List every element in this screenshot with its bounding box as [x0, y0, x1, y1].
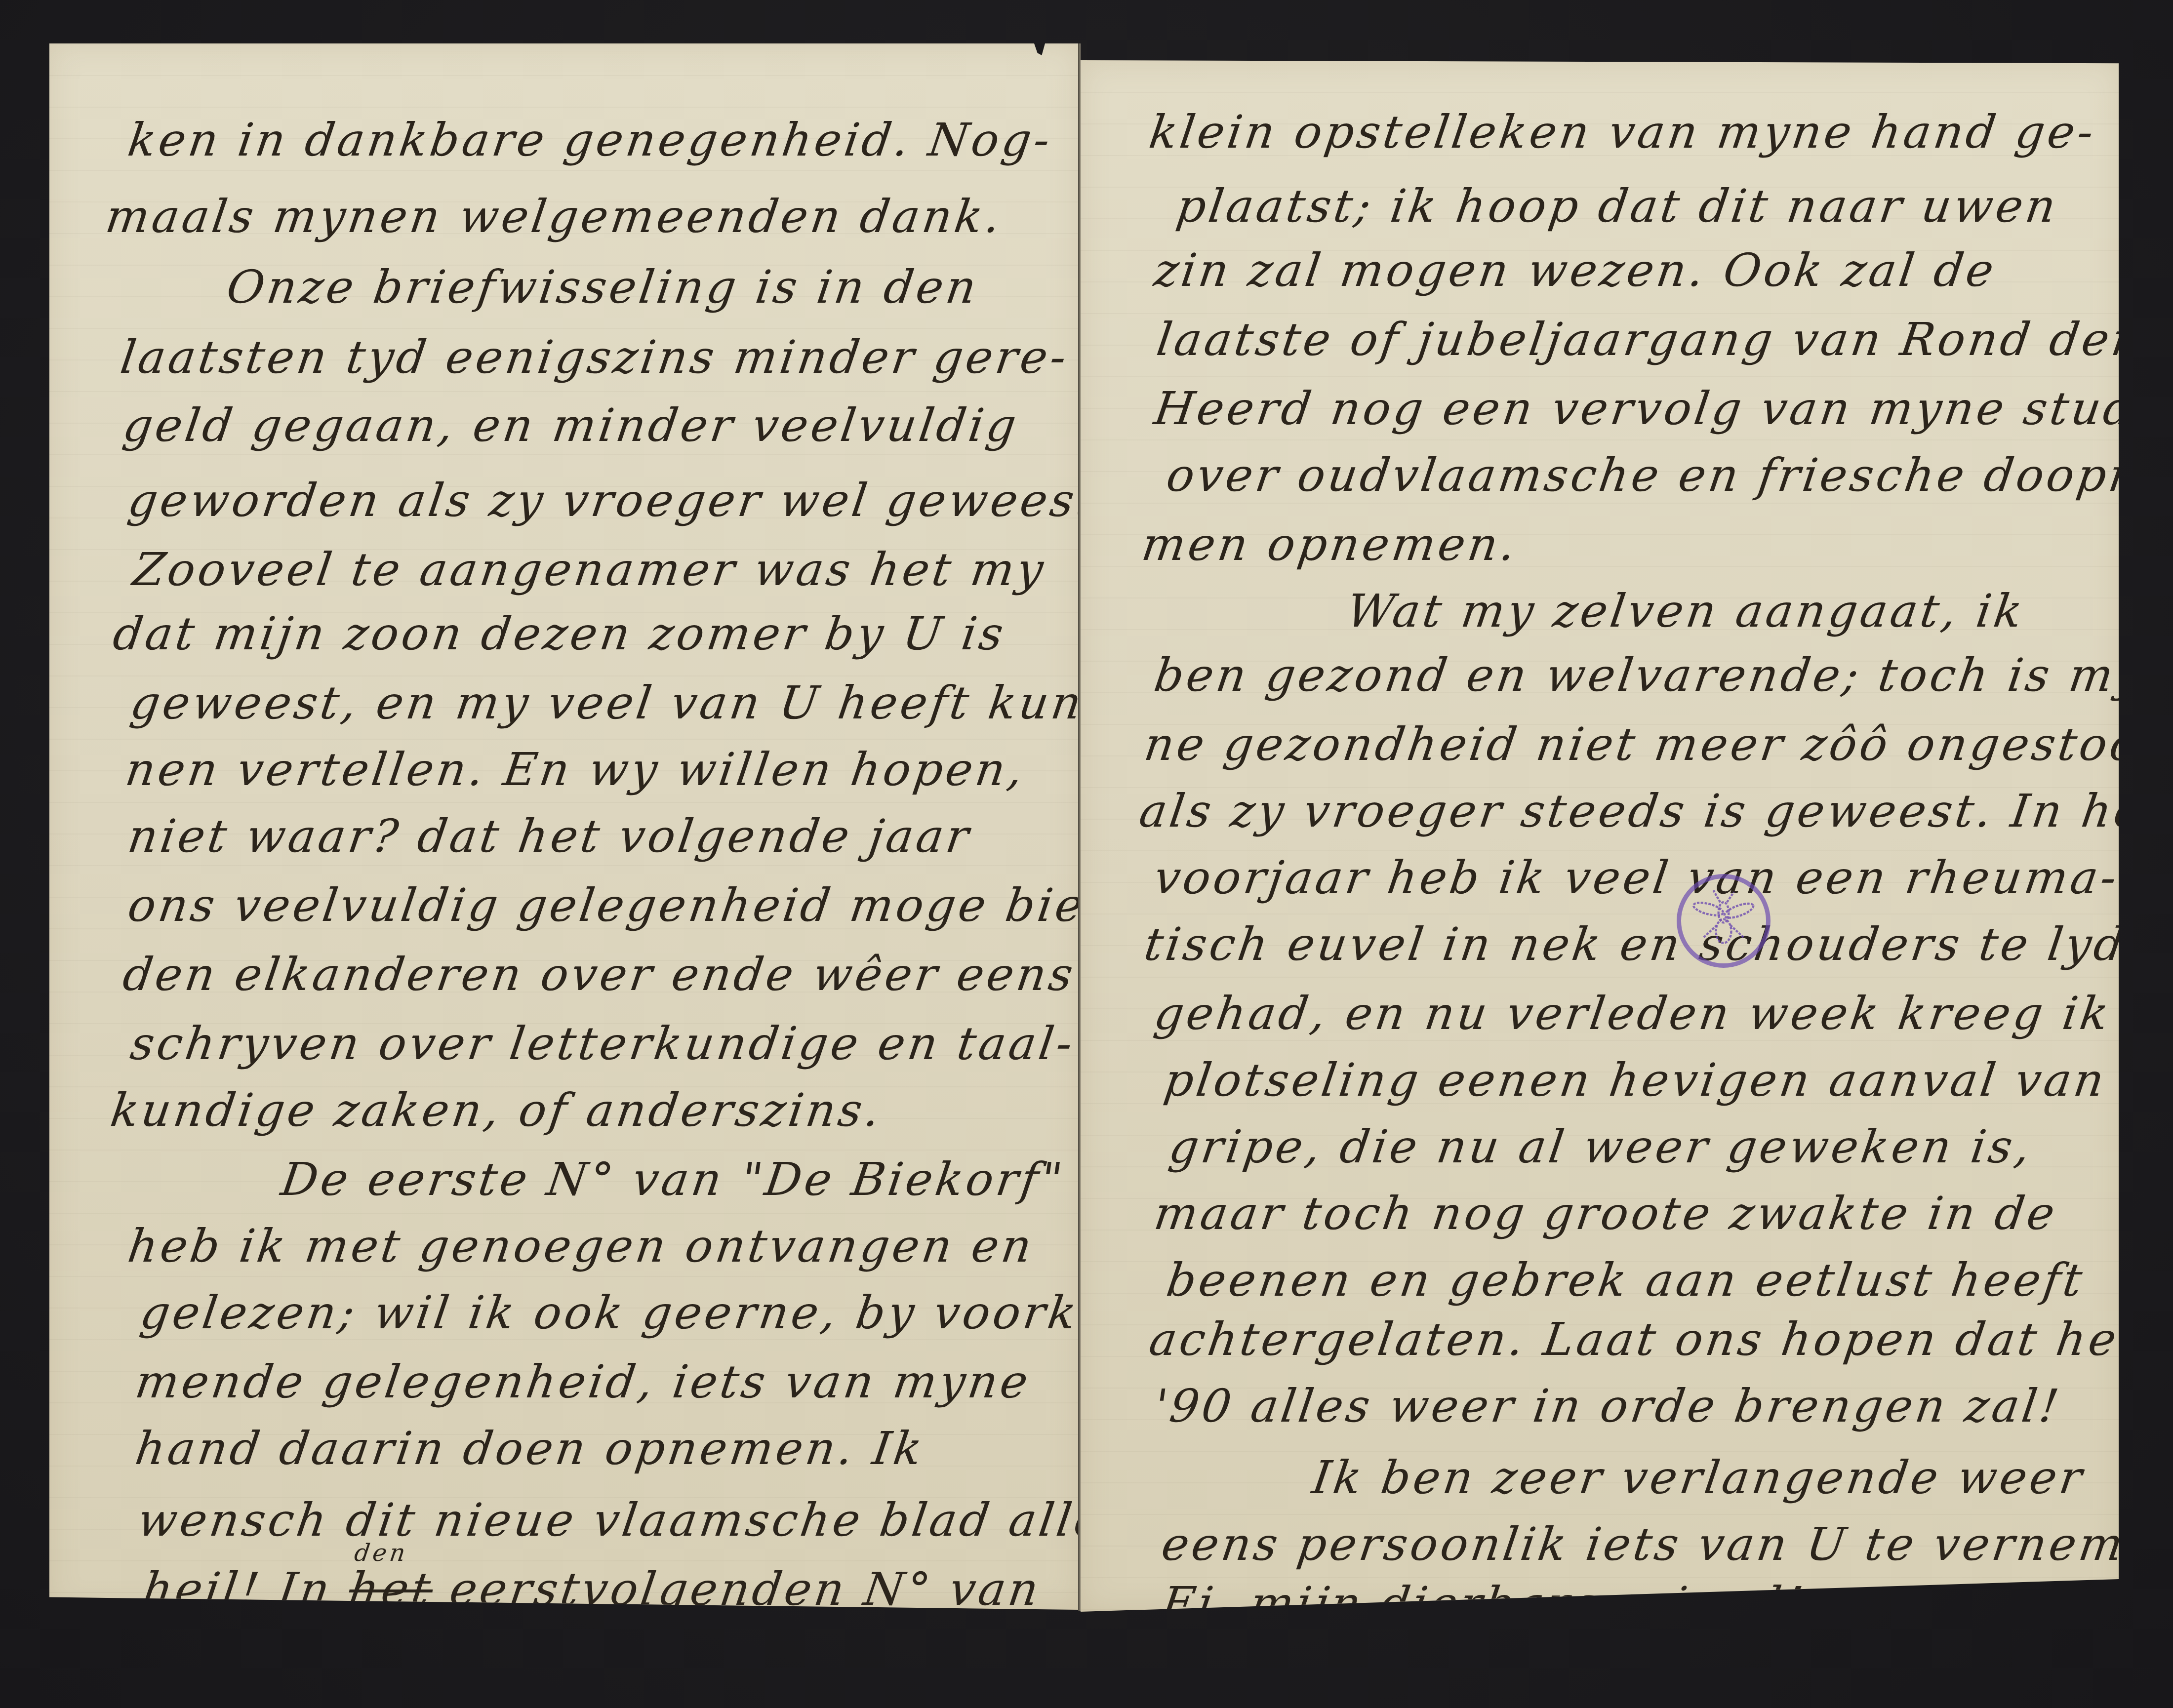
handwritten-line: laatste of jubeljaargang van Rond den	[1154, 317, 2147, 362]
handwritten-line: geld gegaan, en minder veelvuldig	[121, 403, 1022, 448]
center-fold	[1078, 43, 1081, 1611]
handwritten-line: mende gelegenheid, iets van myne	[133, 1359, 1034, 1405]
letter-page-right: klein opstelleken van myne hand ge- plaa…	[1081, 60, 2119, 1612]
handwritten-line: laatsten tyd eenigszins minder gere-	[118, 335, 1072, 380]
handwritten-line: ben gezond en welvarende; toch is my-	[1152, 653, 2166, 698]
handwritten-line: zin zal mogen wezen. Ook zal de	[1152, 248, 2000, 293]
handwritten-line: De eerste N° van "De Biekorf"	[279, 1157, 1068, 1202]
handwritten-line: maals mynen welgemeenden dank.	[103, 194, 1006, 239]
handwritten-line: beenen en gebrek aan eetlust heeft	[1164, 1258, 2088, 1303]
handwritten-line: geworden als zy vroeger wel geweest is.	[125, 478, 1180, 523]
handwritten-line: over oudvlaamsche en friesche doopna-	[1164, 453, 2173, 498]
handwritten-line: gelezen; wil ik ook geerne, by voorko-	[138, 1290, 1131, 1336]
handwritten-line: nen vertellen. En wy willen hopen,	[123, 747, 1029, 793]
handwritten-line: ons veelvuldig gelegenheid moge bie-	[125, 883, 1107, 928]
handwritten-line: plotseling eenen hevigen aanval van de	[1162, 1058, 2173, 1103]
handwritten-line: wensch dit nieue vlaamsche blad alle	[135, 1498, 1108, 1543]
bee-stamp-icon	[1677, 874, 1771, 968]
handwritten-line: eens persoonlik iets van U te vernemen.	[1159, 1522, 2173, 1567]
handwritten-line: dat mijn zoon dezen zomer by U is	[111, 611, 1009, 657]
handwritten-line: den elkanderen over ende wêer eens te	[121, 952, 1147, 997]
handwritten-line: ne gezondheid niet meer zôô ongestoord	[1142, 722, 2173, 767]
handwritten-line: kundige zaken, of anderszins.	[108, 1088, 885, 1133]
handwritten-line: maar toch nog groote zwakte in de	[1152, 1191, 2060, 1236]
handwritten-line: '90 alles weer in orde brengen zal!	[1152, 1384, 2064, 1429]
handwritten-line: Heerd nog een vervolg van myne studie	[1152, 386, 2173, 432]
handwritten-line: Zooveel te aangenamer was het my	[130, 547, 1049, 593]
letter-page-left: ken in dankbare genegenheid. Nog- maals …	[49, 43, 1079, 1610]
handwritten-line: hand daarin doen opnemen. Ik	[133, 1426, 928, 1471]
handwritten-line: schryven over letterkundige en taal-	[128, 1021, 1078, 1067]
handwritten-line: tisch euvel in nek en schouders te lyden	[1142, 922, 2173, 967]
interlinear-insertion: den	[353, 1541, 410, 1565]
handwritten-line: achtergelaten. Laat ons hopen dat het ja…	[1147, 1317, 2173, 1362]
bee-icon	[1681, 878, 1766, 963]
handwritten-line: Ik ben zeer verlangende weer	[1310, 1455, 2088, 1501]
handwritten-line: niet waar? dat het volgende jaar	[125, 814, 974, 859]
handwritten-line: voorjaar heb ik veel van een rheuma-	[1152, 855, 2123, 901]
handwritten-line: klein opstelleken van myne hand ge-	[1147, 110, 2099, 155]
handwritten-line: men opnemen.	[1139, 522, 1521, 567]
handwritten-line: als zy vroeger steeds is geweest. In het	[1137, 789, 2169, 834]
handwritten-line: geweest, en my veel van U heeft kun-	[128, 680, 1105, 726]
handwritten-line: gripe, die nu al weer geweken is,	[1167, 1124, 2036, 1170]
handwritten-line: heb ik met genoegen ontvangen en	[125, 1224, 1038, 1269]
handwritten-line: Onze briefwisseling is in den	[224, 265, 982, 310]
handwritten-line: gehad, en nu verleden week kreeg ik	[1152, 991, 2114, 1036]
handwritten-line: Wat my zelven aangaat, ik	[1344, 589, 2028, 634]
handwritten-line: ken in dankbare genegenheid. Nog-	[125, 118, 1056, 163]
handwritten-line: plaatst; ik hoop dat dit naar uwen	[1174, 184, 2061, 229]
